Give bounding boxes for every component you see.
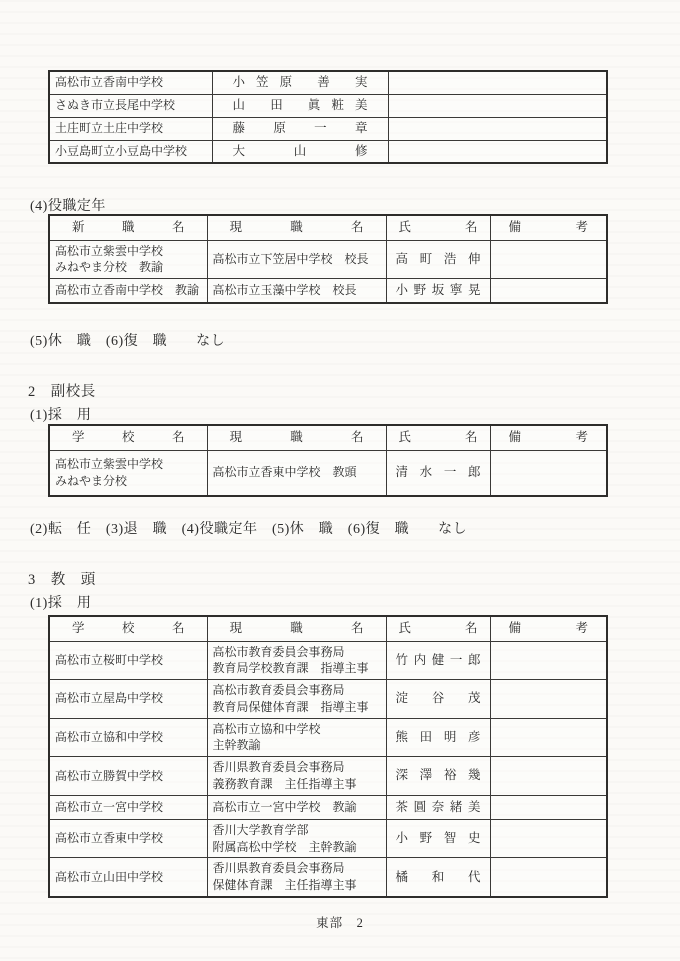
note-cell (388, 140, 607, 163)
note-cell (490, 279, 607, 303)
table-header-row: 学 校 名 現 職 名 氏 名 備 考 (49, 425, 607, 450)
table-row: 高松市立協和中学校 高松市立協和中学校 主幹教諭 熊 田 明 彦 (49, 718, 607, 757)
person-name-cell: 藤 原 一 章 (212, 117, 388, 140)
school-name-cell: 高松市立協和中学校 (49, 718, 207, 757)
person-name-cell: 山 田 眞粧美 (212, 94, 388, 117)
section-heading-fukukocho: 2 副校長 (28, 380, 96, 401)
current-post-cell: 高松市立香東中学校 教頭 (207, 450, 386, 496)
retirement-continuation-table: 高松市立香南中学校 小笠原 善 実 さぬき市立長尾中学校 山 田 眞粧美 土庄町… (48, 70, 608, 164)
note-cell (490, 795, 607, 819)
status-line-kyushoku-fukushoku: (5)休 職 (6)復 職 なし (30, 330, 225, 350)
current-post-cell: 高松市教育委員会事務局 教育局学校教育課 指導主事 (207, 641, 386, 680)
yakushoku-table-wrap: 新 職 名 現 職 名 氏 名 備 考 高松市立紫雲中学校 みねやま分校 教諭 … (48, 214, 608, 304)
table-row: 高松市立勝賀中学校 香川県教育委員会事務局 義務教育課 主任指導主事 深 澤 裕… (49, 757, 607, 796)
table-header-row: 学 校 名 現 職 名 氏 名 備 考 (49, 616, 607, 641)
current-post-cell: 香川県教育委員会事務局 保健体育課 主任指導主事 (207, 858, 386, 897)
person-name-cell: 小笠原 善 実 (212, 71, 388, 94)
section-label-yakushoku-teinen: (4)役職定年 (30, 195, 106, 215)
person-name-cell: 熊 田 明 彦 (386, 718, 490, 757)
table-row: 高松市立一宮中学校 高松市立一宮中学校 教諭 茶 圓 奈 緒 美 (49, 795, 607, 819)
school-name-cell: 高松市立一宮中学校 (49, 795, 207, 819)
sub-label-saiyo: (1)採 用 (30, 592, 91, 612)
section-heading-kyoto: 3 教 頭 (28, 568, 96, 589)
note-cell (490, 757, 607, 796)
person-name-cell: 小 野 坂 寧 晃 (386, 279, 490, 303)
kyoto-table-wrap: 学 校 名 現 職 名 氏 名 備 考 高松市立桜町中学校 高松市教育委員会事務… (48, 615, 608, 898)
table-row: 土庄町立土庄中学校 藤 原 一 章 (49, 117, 607, 140)
note-cell (490, 240, 607, 279)
current-post-cell: 香川大学教育学部 附属高松中学校 主幹教諭 (207, 819, 386, 858)
table-row: 高松市立香南中学校 教諭 高松市立玉藻中学校 校長 小 野 坂 寧 晃 (49, 279, 607, 303)
table-row: 高松市立香東中学校 香川大学教育学部 附属高松中学校 主幹教諭 小 野 智 史 (49, 819, 607, 858)
note-cell (490, 819, 607, 858)
school-name-cell: 土庄町立土庄中学校 (49, 117, 212, 140)
current-post-cell: 高松市立協和中学校 主幹教諭 (207, 718, 386, 757)
header-new-post: 新 職 名 (49, 215, 207, 240)
person-name-cell: 高 町 浩 伸 (386, 240, 490, 279)
note-cell (490, 450, 607, 496)
note-cell (490, 641, 607, 680)
fukukocho-table-wrap: 学 校 名 現 職 名 氏 名 備 考 高松市立紫雲中学校 みねやま分校 高松市… (48, 424, 608, 497)
yakushoku-teinen-table: 新 職 名 現 職 名 氏 名 備 考 高松市立紫雲中学校 みねやま分校 教諭 … (48, 214, 608, 304)
school-name-cell: 高松市立山田中学校 (49, 858, 207, 897)
note-cell (490, 718, 607, 757)
table-header-row: 新 職 名 現 職 名 氏 名 備 考 (49, 215, 607, 240)
header-note: 備 考 (490, 616, 607, 641)
note-cell (490, 680, 607, 719)
current-post-cell: 高松市教育委員会事務局 教育局保健体育課 指導主事 (207, 680, 386, 719)
note-cell (388, 94, 607, 117)
new-post-cell: 高松市立紫雲中学校 みねやま分校 教諭 (49, 240, 207, 279)
current-post-cell: 高松市立下笠居中学校 校長 (207, 240, 386, 279)
header-note: 備 考 (490, 425, 607, 450)
school-name-cell: 高松市立勝賀中学校 (49, 757, 207, 796)
school-name-cell: さぬき市立長尾中学校 (49, 94, 212, 117)
person-name-cell: 小 野 智 史 (386, 819, 490, 858)
header-name: 氏 名 (386, 425, 490, 450)
header-name: 氏 名 (386, 215, 490, 240)
person-name-cell: 橘 和 代 (386, 858, 490, 897)
status-line-tennin-taishoku: (2)転 任 (3)退 職 (4)役職定年 (5)休 職 (6)復 職 なし (30, 518, 467, 538)
person-name-cell: 竹 内 健 一 郎 (386, 641, 490, 680)
school-name-cell: 高松市立香東中学校 (49, 819, 207, 858)
table-row: 高松市立桜町中学校 高松市教育委員会事務局 教育局学校教育課 指導主事 竹 内 … (49, 641, 607, 680)
current-post-cell: 香川県教育委員会事務局 義務教育課 主任指導主事 (207, 757, 386, 796)
table-row: 高松市立紫雲中学校 みねやま分校 教諭 高松市立下笠居中学校 校長 高 町 浩 … (49, 240, 607, 279)
table-row: 小豆島町立小豆島中学校 大 山 修 (49, 140, 607, 163)
school-name-cell: 小豆島町立小豆島中学校 (49, 140, 212, 163)
person-name-cell: 大 山 修 (212, 140, 388, 163)
table-row: 高松市立香南中学校 小笠原 善 実 (49, 71, 607, 94)
table-row: 高松市立屋島中学校 高松市教育委員会事務局 教育局保健体育課 指導主事 淀 谷 … (49, 680, 607, 719)
table-row: 高松市立紫雲中学校 みねやま分校 高松市立香東中学校 教頭 清 水 一 郎 (49, 450, 607, 496)
note-cell (490, 858, 607, 897)
school-name-cell: 高松市立紫雲中学校 みねやま分校 (49, 450, 207, 496)
school-name-cell: 高松市立屋島中学校 (49, 680, 207, 719)
header-school-name: 学 校 名 (49, 425, 207, 450)
current-post-cell: 高松市立一宮中学校 教諭 (207, 795, 386, 819)
note-cell (388, 71, 607, 94)
header-current-post: 現 職 名 (207, 215, 386, 240)
header-note: 備 考 (490, 215, 607, 240)
header-current-post: 現 職 名 (207, 616, 386, 641)
scanned-document-page: 高松市立香南中学校 小笠原 善 実 さぬき市立長尾中学校 山 田 眞粧美 土庄町… (0, 0, 680, 961)
person-name-cell: 茶 圓 奈 緒 美 (386, 795, 490, 819)
person-name-cell: 深 澤 裕 幾 (386, 757, 490, 796)
table-row: 高松市立山田中学校 香川県教育委員会事務局 保健体育課 主任指導主事 橘 和 代 (49, 858, 607, 897)
current-post-cell: 高松市立玉藻中学校 校長 (207, 279, 386, 303)
person-name-cell: 清 水 一 郎 (386, 450, 490, 496)
sub-label-saiyo: (1)採 用 (30, 404, 91, 424)
school-name-cell: 高松市立桜町中学校 (49, 641, 207, 680)
note-cell (388, 117, 607, 140)
table-row: さぬき市立長尾中学校 山 田 眞粧美 (49, 94, 607, 117)
kyoto-saiyo-table: 学 校 名 現 職 名 氏 名 備 考 高松市立桜町中学校 高松市教育委員会事務… (48, 615, 608, 898)
school-name-cell: 高松市立香南中学校 (49, 71, 212, 94)
retirement-continuation-table-wrap: 高松市立香南中学校 小笠原 善 実 さぬき市立長尾中学校 山 田 眞粧美 土庄町… (48, 70, 608, 164)
new-post-cell: 高松市立香南中学校 教諭 (49, 279, 207, 303)
person-name-cell: 淀 谷 茂 (386, 680, 490, 719)
header-name: 氏 名 (386, 616, 490, 641)
header-school-name: 学 校 名 (49, 616, 207, 641)
header-current-post: 現 職 名 (207, 425, 386, 450)
page-footer-label: 東部 2 (0, 913, 680, 931)
fukukocho-saiyo-table: 学 校 名 現 職 名 氏 名 備 考 高松市立紫雲中学校 みねやま分校 高松市… (48, 424, 608, 497)
